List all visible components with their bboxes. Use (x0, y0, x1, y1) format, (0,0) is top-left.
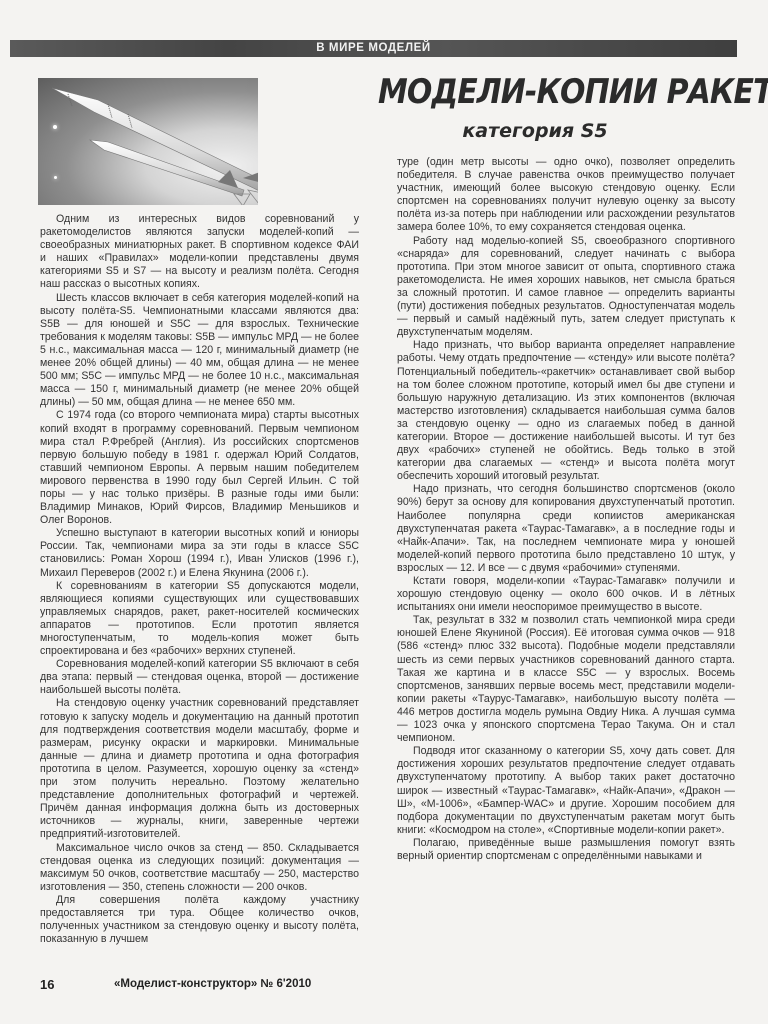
article-title: МОДЕЛИ-КОПИИ РАКЕТ (378, 72, 730, 112)
paragraph: Максимальное число очков за стенд — 850.… (40, 842, 359, 894)
star-icon (53, 125, 57, 129)
rockets-graphic (38, 78, 258, 205)
paragraph: Работу над моделью-копией S5, своеобразн… (397, 235, 735, 340)
paragraph: Надо признать, что выбор варианта опреде… (397, 339, 735, 483)
right-column: туре (один метр высоты — одно очко), поз… (397, 156, 735, 863)
page-number: 16 (40, 977, 54, 992)
paragraph: На стендовую оценку участник соревновани… (40, 697, 359, 841)
paragraph: К соревнованиям в категории S5 допускают… (40, 580, 359, 659)
article-subtitle: категория S5 (420, 120, 650, 142)
magazine-issue: «Моделист-конструктор» № 6'2010 (114, 978, 311, 990)
star-icon (54, 176, 57, 179)
paragraph: Так, результат в 332 м позволил стать че… (397, 614, 735, 745)
paragraph: Полагаю, приведённые выше размышления по… (397, 837, 735, 863)
rocket-illustration (38, 78, 258, 205)
paragraph: Одним из интересных видов соревнований у… (40, 213, 359, 292)
paragraph: Подводя итог сказанному о категории S5, … (397, 745, 735, 837)
paragraph: Успешно выступают в категории высотных к… (40, 527, 359, 579)
paragraph: Кстати говоря, модели-копии «Таурас-Тама… (397, 575, 735, 614)
paragraph: Шесть классов включает в себя категория … (40, 292, 359, 410)
section-header-band: В МИРЕ МОДЕЛЕЙ (10, 40, 737, 57)
paragraph: С 1974 года (со второго чемпионата мира)… (40, 409, 359, 527)
paragraph: Надо признать, что сегодня большинство с… (397, 483, 735, 575)
paragraph: Для совершения полёта каждому участнику … (40, 894, 359, 946)
paragraph: туре (один метр высоты — одно очко), поз… (397, 156, 735, 235)
left-column: Одним из интересных видов соревнований у… (40, 213, 359, 946)
paragraph: Соревнования моделей-копий категории S5 … (40, 658, 359, 697)
